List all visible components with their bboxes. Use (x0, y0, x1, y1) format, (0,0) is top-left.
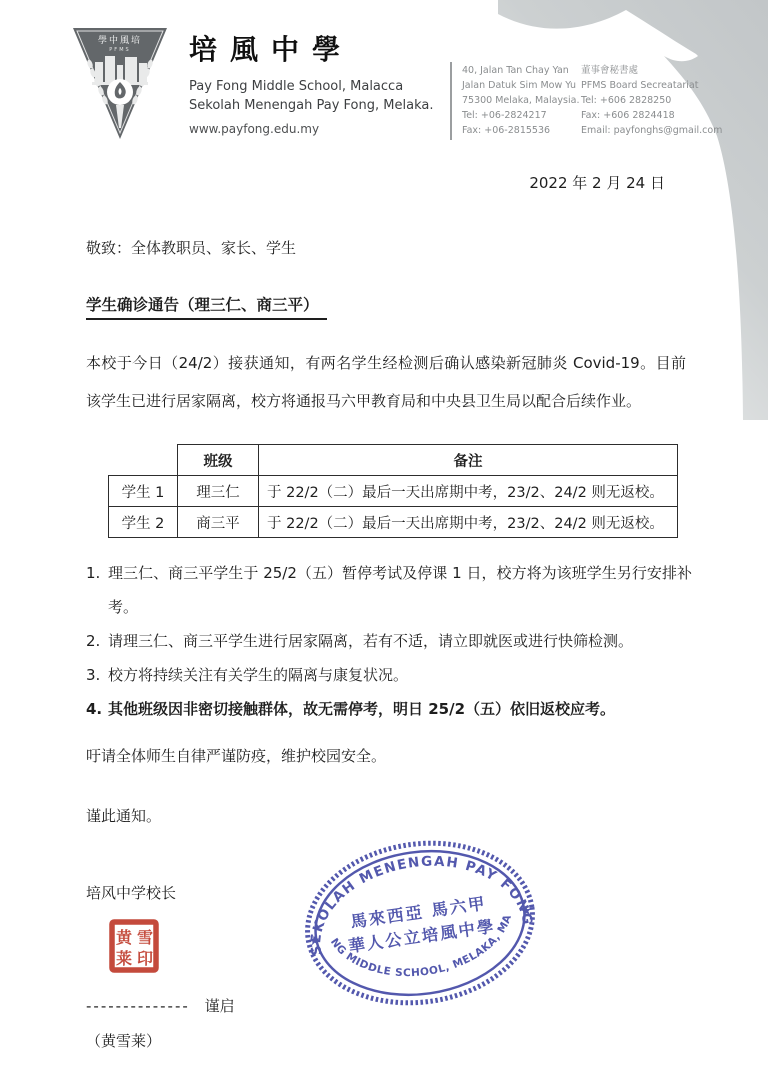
list-item-text: 请理三仁、商三平学生进行居家隔离，若有不适，请立即就医或进行快筛检测。 (108, 624, 692, 658)
address-line: Jalan Datuk Sim Mow Yu (462, 78, 579, 93)
stamp-star-right: ★ (520, 903, 534, 919)
list-item-text: 其他班级因非密切接触群体，故无需停考，明日 25/2（五）依旧返校应考。 (108, 692, 692, 726)
seal-character: 印 (137, 949, 153, 968)
table-header-class: 班级 (178, 445, 259, 476)
signature-label: 谨启 (205, 997, 235, 1015)
table-header-blank (109, 445, 178, 476)
seal-character: 黄 (116, 928, 133, 947)
closing-appeal: 吁请全体师生自律严谨防疫，维护校园安全。 (86, 745, 386, 766)
seal-character: 莱 (116, 949, 132, 968)
closing-notice: 谨此通知。 (86, 805, 161, 826)
school-logo: 學中風培 PFMS (66, 26, 174, 144)
secretariat-title-en: PFMS Board Secreatariat (581, 78, 722, 93)
secretariat-title-zh: 董事會秘書處 (581, 63, 722, 78)
seal-character: 雪 (137, 928, 153, 947)
table-row: 学生 2 商三平 于 22/2（二）最后一天出席期中考，23/2、24/2 则无… (109, 507, 678, 538)
student-case-table: 班级 备注 学生 1 理三仁 于 22/2（二）最后一天出席期中考，23/2、2… (108, 444, 678, 538)
list-item: 2. 请理三仁、商三平学生进行居家隔离，若有不适，请立即就医或进行快筛检测。 (86, 624, 692, 658)
signature-line: -------------- 谨启 (86, 995, 235, 1016)
table-header-row: 班级 备注 (109, 445, 678, 476)
signature-dashes: -------------- (86, 997, 190, 1015)
address-tel: Tel: +06-2824217 (462, 108, 579, 123)
address-fax: Fax: +06-2815536 (462, 123, 579, 138)
school-name-ms: Sekolah Menengah Pay Fong, Melaka. (189, 96, 433, 115)
red-name-seal: 黄 雪 莱 印 (108, 918, 160, 974)
table-cell-remarks: 于 22/2（二）最后一天出席期中考，23/2、24/2 则无返校。 (259, 476, 678, 507)
header-divider (450, 62, 452, 140)
school-website: www.payfong.edu.my (189, 122, 433, 136)
school-name-zh: 培風中學 (189, 28, 433, 68)
secretariat-email: Email: payfonghs@gmail.com (581, 123, 722, 138)
list-item-text: 理三仁、商三平学生于 25/2（五）暂停考试及停课 1 日，校方将为该班学生另行… (108, 556, 692, 624)
table-cell-student: 学生 2 (109, 507, 178, 538)
numbered-notes: 1. 理三仁、商三平学生于 25/2（五）暂停考试及停课 1 日，校方将为该班学… (86, 556, 692, 726)
table-cell-class: 商三平 (178, 507, 259, 538)
list-item: 4. 其他班级因非密切接触群体，故无需停考，明日 25/2（五）依旧返校应考。 (86, 692, 692, 726)
logo-acronym: PFMS (109, 47, 130, 53)
school-oval-stamp: SEKOLAH MENENGAH PAY FONG PAY FONG MIDDL… (289, 822, 550, 1024)
list-item-text: 校方将持续关注有关学生的隔离与康复状况。 (108, 658, 692, 692)
address-line: 40, Jalan Tan Chay Yan (462, 63, 579, 78)
list-item: 1. 理三仁、商三平学生于 25/2（五）暂停考试及停课 1 日，校方将为该班学… (86, 556, 692, 624)
body-paragraph: 本校于今日（24/2）接获通知，有两名学生经检测后确认感染新冠肺炎 Covid-… (86, 344, 686, 420)
letter-date: 2022 年 2 月 24 日 (529, 172, 665, 193)
school-name-en: Pay Fong Middle School, Malacca (189, 77, 433, 96)
logo-banner-text: 學中風培 (98, 34, 142, 46)
signer-title: 培风中学校长 (86, 882, 176, 903)
list-item-number: 2. (86, 624, 108, 658)
letter-page: 學中風培 PFMS (0, 0, 768, 1087)
stamp-star-left: ★ (308, 933, 322, 949)
address-block: 40, Jalan Tan Chay Yan Jalan Datuk Sim M… (462, 63, 579, 138)
letterhead-name-block: 培風中學 Pay Fong Middle School, Malacca Sek… (189, 28, 433, 136)
table-cell-student: 学生 1 (109, 476, 178, 507)
table-row: 学生 1 理三仁 于 22/2（二）最后一天出席期中考，23/2、24/2 则无… (109, 476, 678, 507)
secretariat-fax: Fax: +606 2824418 (581, 108, 722, 123)
table-cell-class: 理三仁 (178, 476, 259, 507)
salutation: 敬致：全体教职员、家长、学生 (86, 237, 296, 258)
table-cell-remarks: 于 22/2（二）最后一天出席期中考，23/2、24/2 则无返校。 (259, 507, 678, 538)
list-item-number: 3. (86, 658, 108, 692)
list-item: 3. 校方将持续关注有关学生的隔离与康复状况。 (86, 658, 692, 692)
subject-title: 学生确诊通告（理三仁、商三平） (86, 293, 327, 320)
signer-name: （黄雪莱） (86, 1030, 161, 1051)
list-item-number: 1. (86, 556, 108, 624)
table-header-remarks: 备注 (259, 445, 678, 476)
secretariat-tel: Tel: +606 2828250 (581, 93, 722, 108)
secretariat-block: 董事會秘書處 PFMS Board Secreatariat Tel: +606… (581, 63, 722, 138)
list-item-number: 4. (86, 692, 108, 726)
address-line: 75300 Melaka, Malaysia. (462, 93, 579, 108)
